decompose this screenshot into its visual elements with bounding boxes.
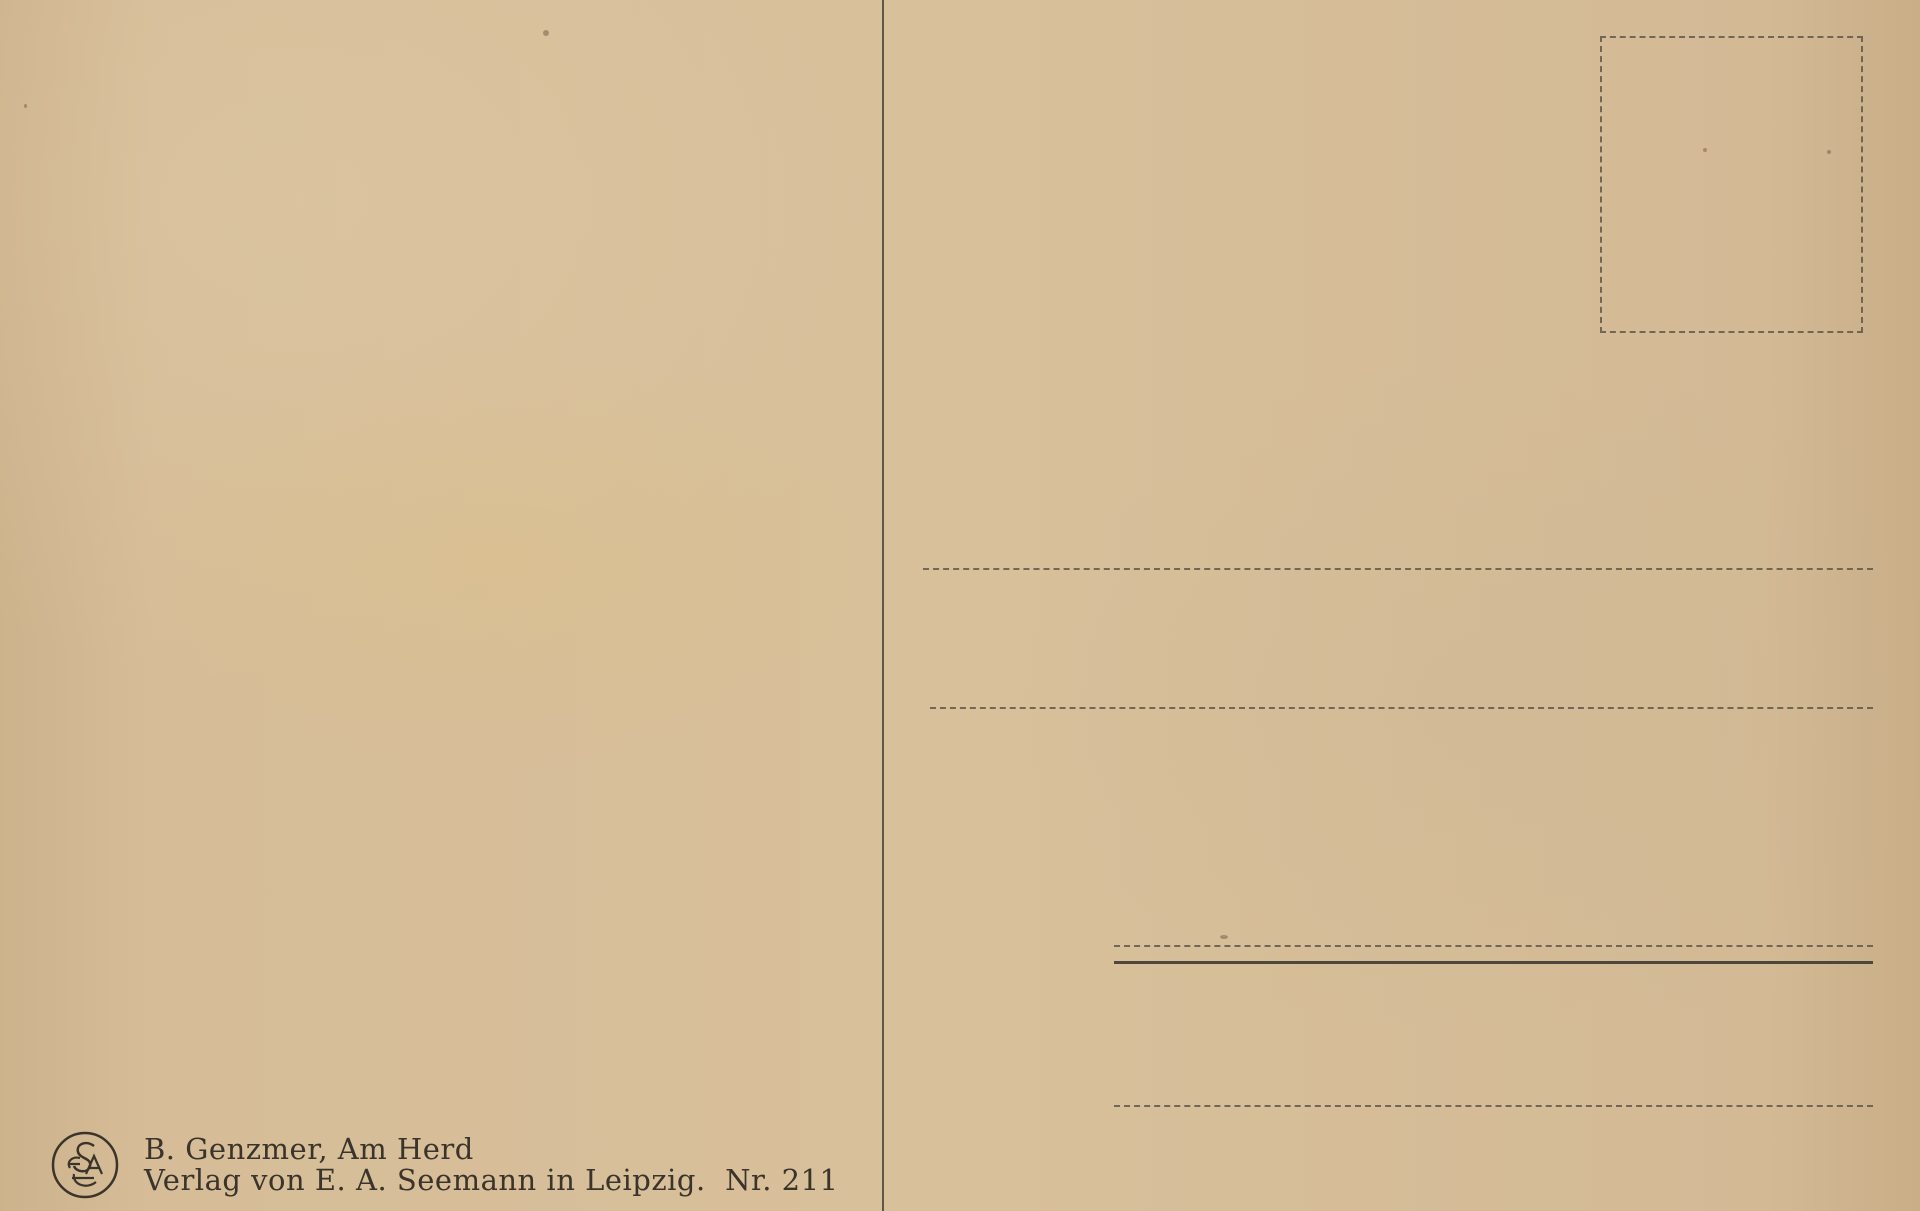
publisher-line: Verlag von E. A. Seemann in Leipzig. Nr.… xyxy=(144,1165,838,1196)
message-address-divider xyxy=(882,0,884,1211)
paper-speck xyxy=(24,104,27,108)
address-line-2 xyxy=(930,707,1873,709)
address-line-3 xyxy=(1114,945,1873,947)
stamp-placeholder-box xyxy=(1600,36,1863,333)
address-line-solid xyxy=(1114,961,1873,964)
imprint-text: B. Genzmer, Am Herd Verlag von E. A. See… xyxy=(144,1134,838,1196)
address-line-4 xyxy=(1114,1105,1873,1107)
address-line-1 xyxy=(923,568,1873,570)
seemann-monogram-icon xyxy=(50,1130,120,1200)
card-number: Nr. 211 xyxy=(725,1163,838,1197)
publisher-imprint: B. Genzmer, Am Herd Verlag von E. A. See… xyxy=(50,1130,838,1200)
paper-speck xyxy=(543,30,549,36)
artwork-title: B. Genzmer, Am Herd xyxy=(144,1134,838,1165)
publisher-name: Verlag von E. A. Seemann in Leipzig. xyxy=(144,1163,706,1197)
paper-speck xyxy=(1220,935,1228,939)
